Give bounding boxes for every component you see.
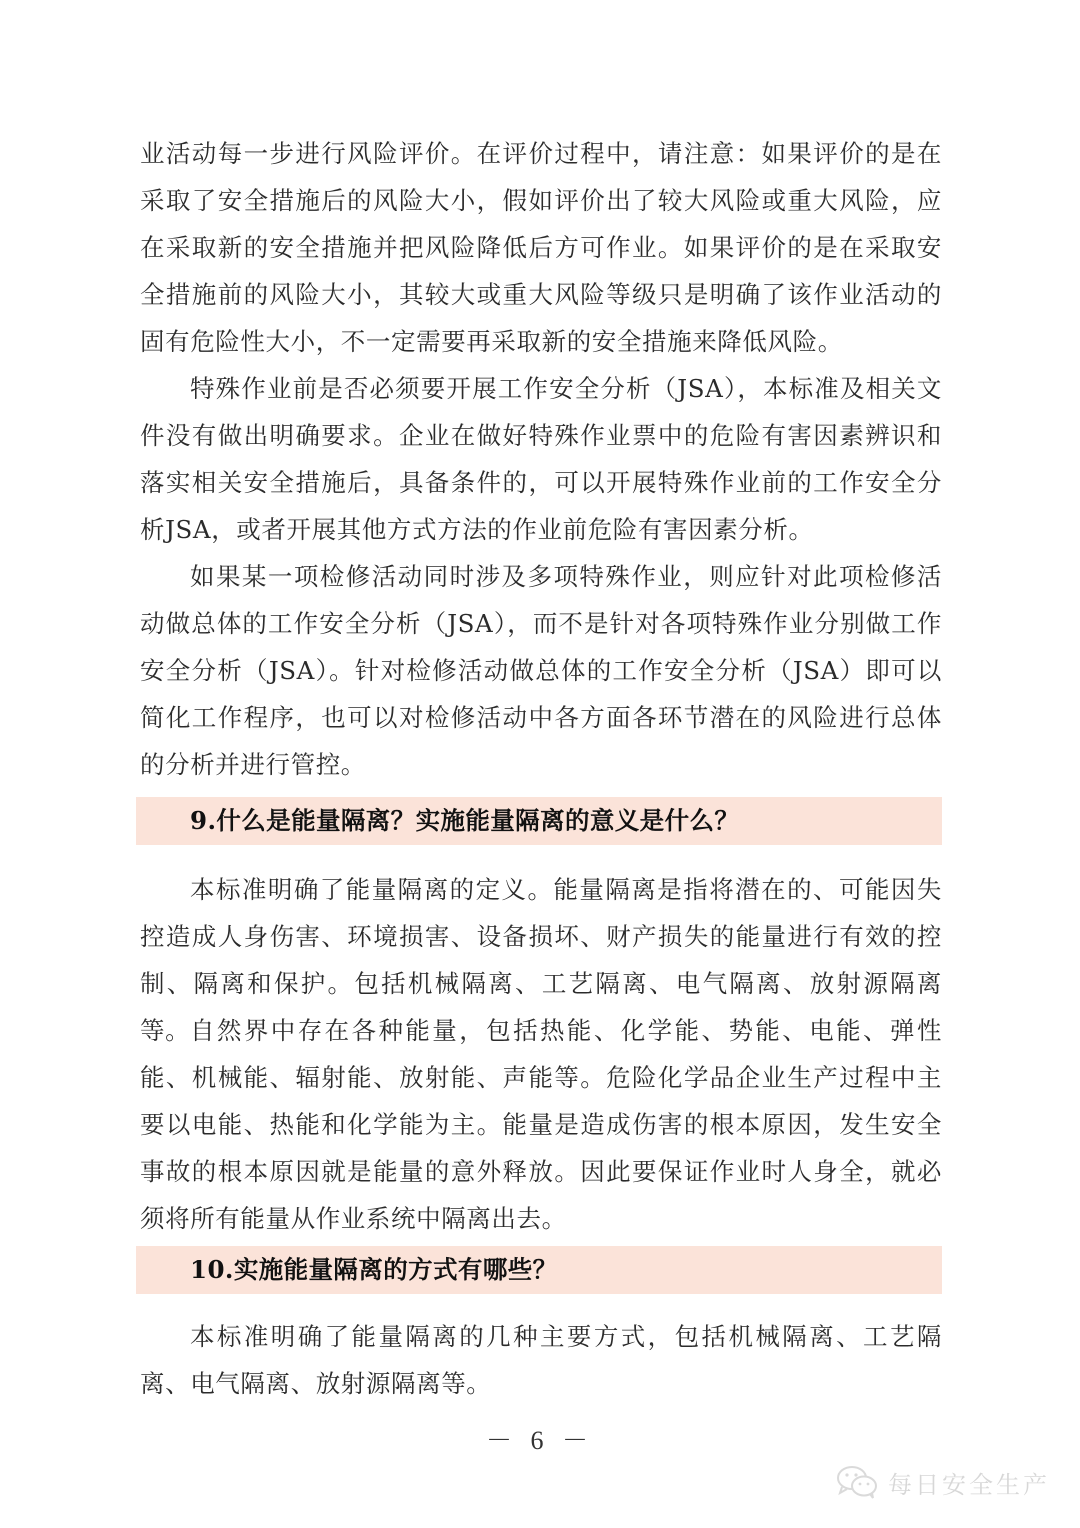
section-heading-10: 10.实施能量隔离的方式有哪些？ [136,1246,942,1294]
section-heading-9: 9.什么是能量隔离？实施能量隔离的意义是什么？ [136,797,942,845]
paragraph-risk-evaluation: 业活动每一步进行风险评价。在评价过程中，请注意：如果评价的是在采取了安全措施后的… [140,130,942,365]
paragraph-jsa-requirement: 特殊作业前是否必须要开展工作安全分析（JSA），本标准及相关文件没有做出明确要求… [140,365,942,553]
watermark-text: 每日安全生产 [888,1465,1050,1500]
paragraph-isolation-methods: 本标准明确了能量隔离的几种主要方式，包括机械隔离、工艺隔离、电气隔离、放射源隔离… [140,1313,942,1407]
wechat-icon [836,1464,880,1500]
section-heading-10-text: 10.实施能量隔离的方式有哪些？ [190,1246,558,1294]
paragraph-energy-types: 自然界中存在各种能量，包括热能、化学能、势能、电能、弹性能、机械能、辐射能、放射… [140,1007,942,1242]
watermark: 每日安全生产 [836,1462,1050,1502]
document-page: 业活动每一步进行风险评价。在评价过程中，请注意：如果评价的是在采取了安全措施后的… [0,0,1080,1528]
section-heading-9-text: 9.什么是能量隔离？实施能量隔离的意义是什么？ [190,797,739,845]
paragraph-jsa-maintenance: 如果某一项检修活动同时涉及多项特殊作业，则应针对此项检修活动做总体的工作安全分析… [140,553,942,788]
page-number: － 6 － [0,1420,1080,1457]
